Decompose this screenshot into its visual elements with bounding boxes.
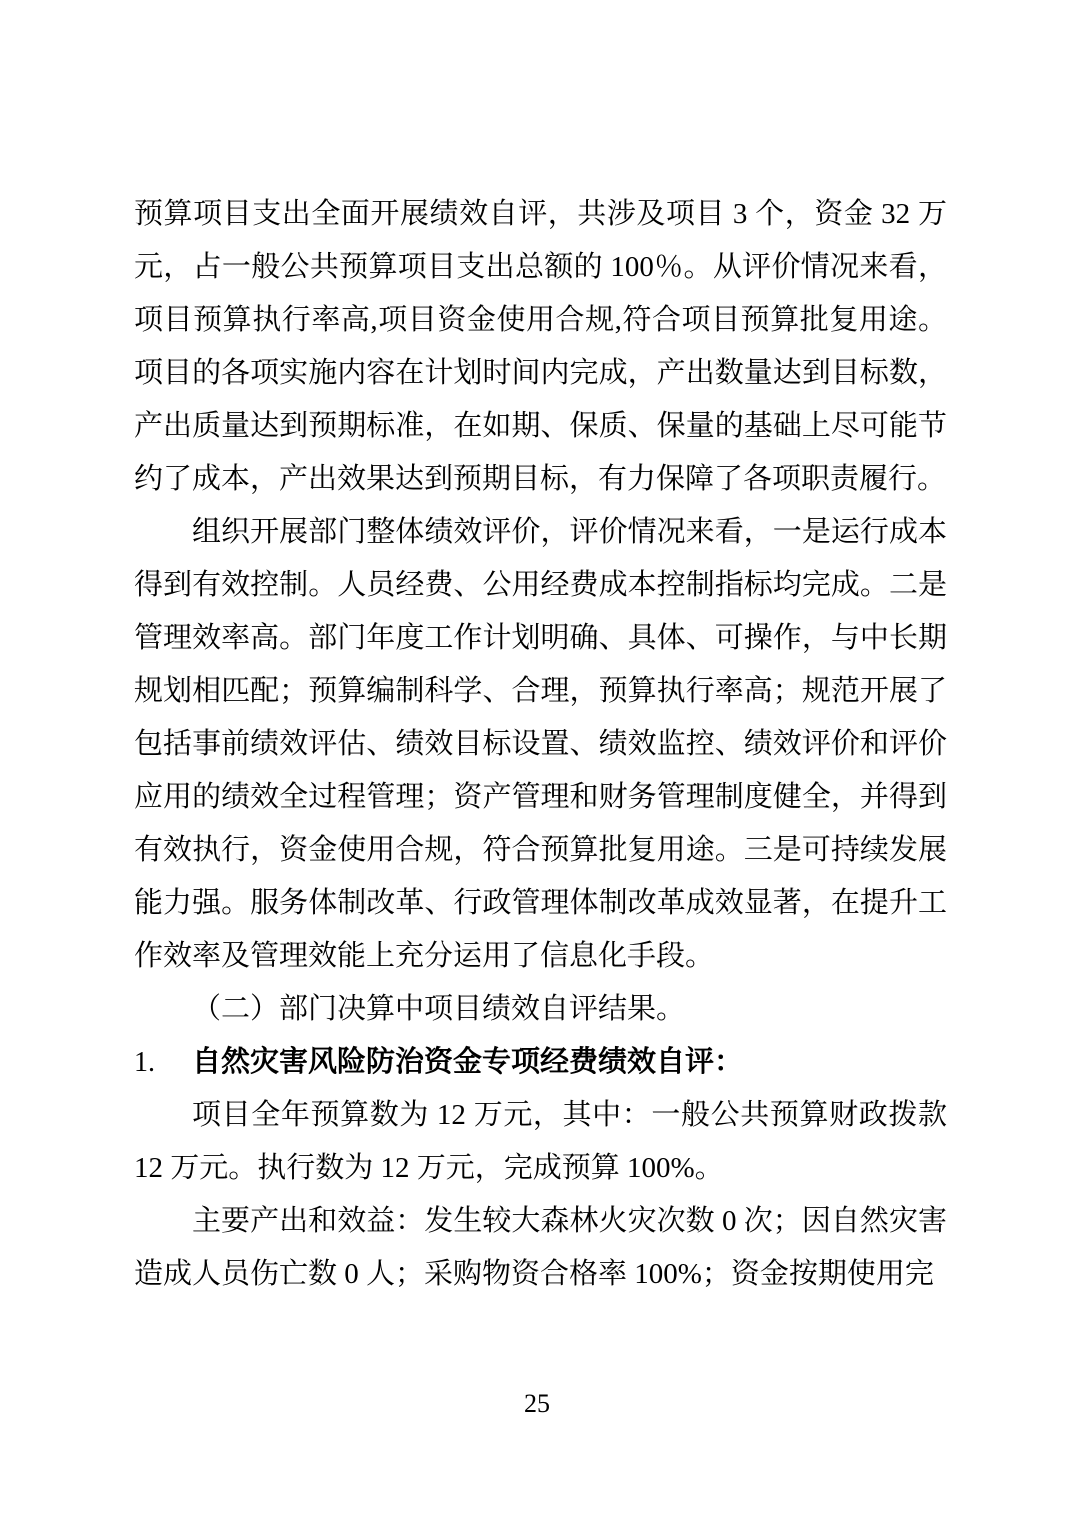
paragraph-item-outputs: 主要产出和效益：发生较大森林火灾次数 0 次；因自然灾害造成人员伤亡数 0 人；… bbox=[134, 1195, 947, 1301]
numbered-item-heading: 1.自然灾害风险防治资金专项经费绩效自评： bbox=[134, 1036, 947, 1089]
document-page: 预算项目支出全面开展绩效自评，共涉及项目 3 个，资金 32 万元，占一般公共预… bbox=[0, 0, 1074, 1520]
document-body: 预算项目支出全面开展绩效自评，共涉及项目 3 个，资金 32 万元，占一般公共预… bbox=[134, 188, 947, 1301]
paragraph-dept-overall-eval: 组织开展部门整体绩效评价，评价情况来看，一是运行成本得到有效控制。人员经费、公用… bbox=[134, 506, 947, 983]
item-number: 1. bbox=[134, 1036, 192, 1089]
subsection-heading: （二）部门决算中项目绩效自评结果。 bbox=[134, 983, 947, 1036]
paragraph-item-budget: 项目全年预算数为 12 万元，其中：一般公共预算财政拨款 12 万元。执行数为 … bbox=[134, 1089, 947, 1195]
paragraph-project-self-eval: 预算项目支出全面开展绩效自评，共涉及项目 3 个，资金 32 万元，占一般公共预… bbox=[134, 188, 947, 506]
page-number: 25 bbox=[0, 1388, 1074, 1420]
item-heading-title: 自然灾害风险防治资金专项经费绩效自评： bbox=[192, 1046, 743, 1078]
